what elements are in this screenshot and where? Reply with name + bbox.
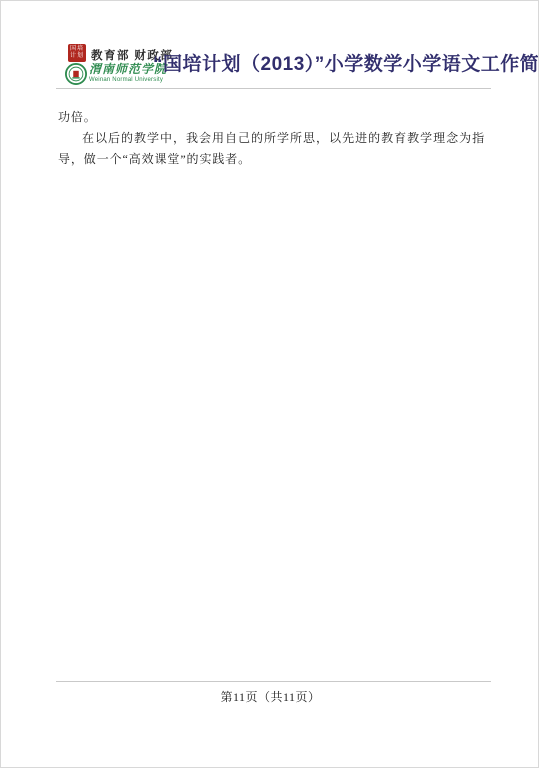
page-number: 第11页（共11页） [1,688,539,705]
body-paragraph: 功倍。 [58,107,485,128]
page-title: “国培计划（2013）”小学数学小学语文工作简报 [153,52,498,78]
guopei-plan-seal-icon: 国培 计划 [68,44,86,62]
document-page: 国培 计划 教育部 财政部 渭南师范学院 Weinan Normal Unive… [0,0,539,768]
document-body: 功倍。 在以后的教学中，我会用自己的所学所思，以先进的教育教学理念为指导，做一个… [58,107,485,170]
seal-text-line2: 计划 [68,53,86,60]
university-emblem-icon [65,63,87,85]
seal-text-line1: 国培 [68,46,86,53]
body-paragraph: 在以后的教学中，我会用自己的所学所思，以先进的教育教学理念为指导，做一个“高效课… [58,128,485,170]
header-divider [56,88,491,89]
footer-divider [56,681,491,682]
